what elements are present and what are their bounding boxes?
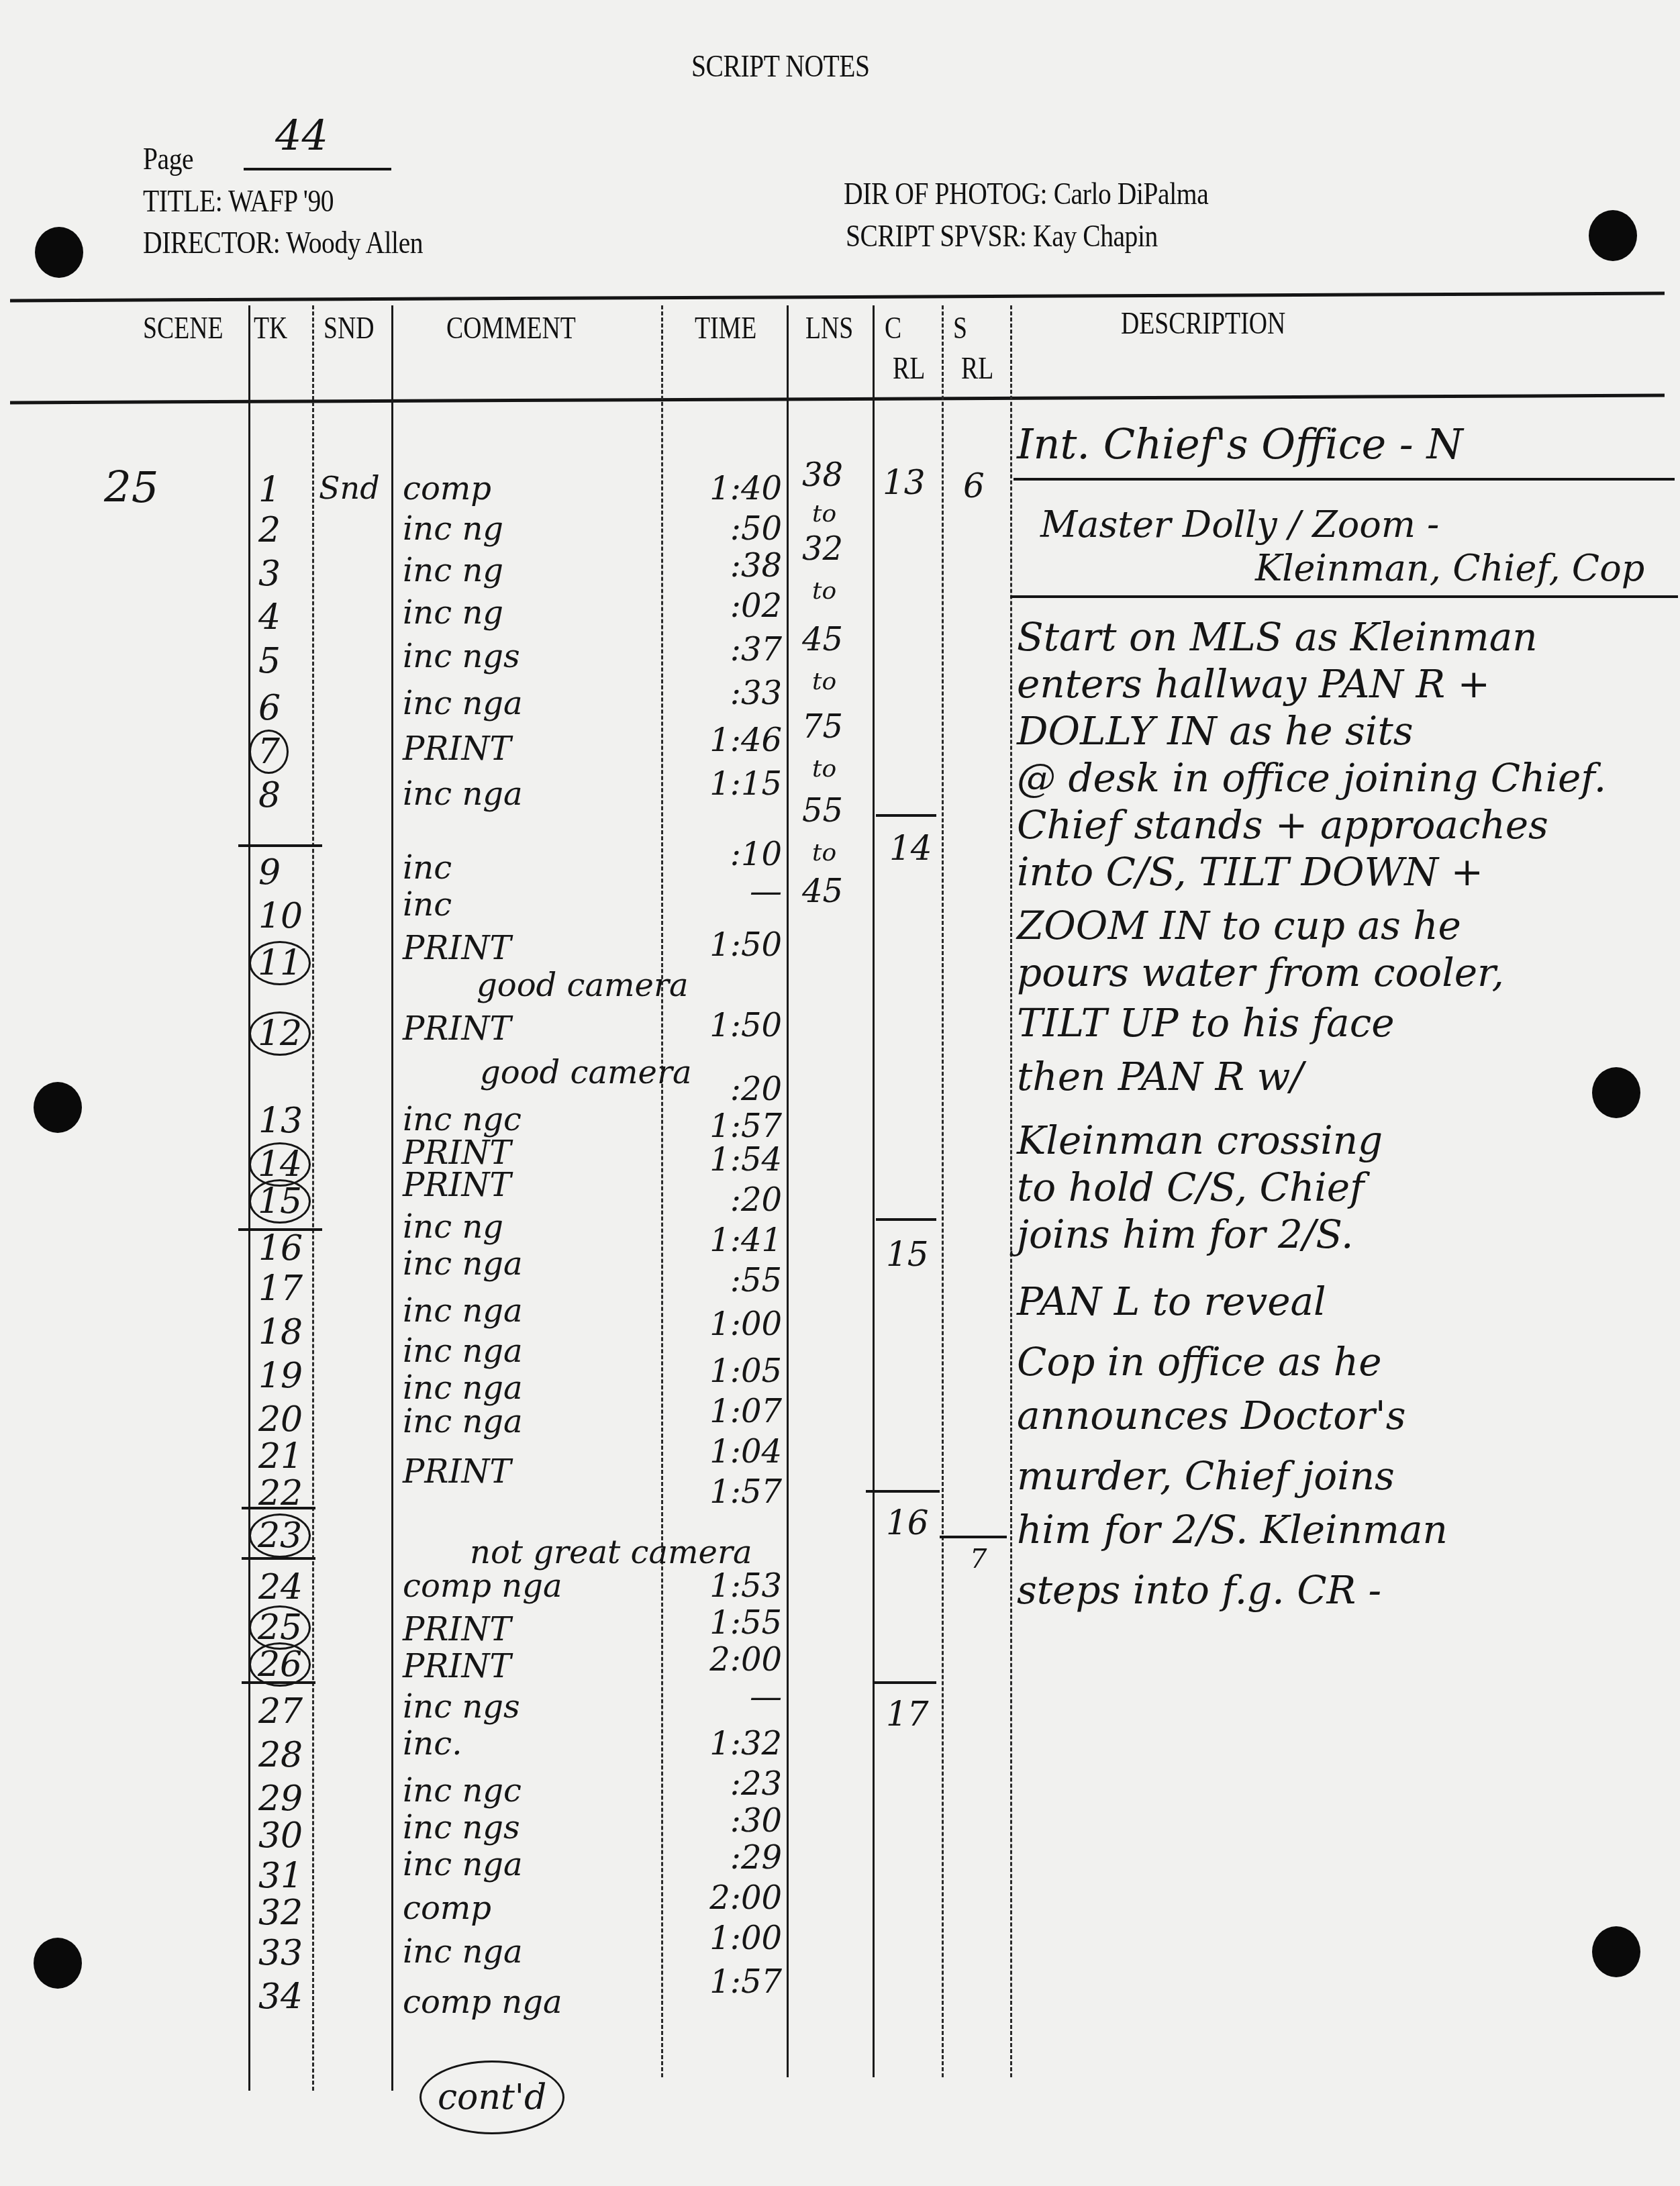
take-number: 28	[258, 1735, 312, 1775]
camera-roll: 15	[886, 1235, 929, 1274]
take-time: 2:00	[664, 1879, 782, 1917]
take-comment: inc nga	[403, 1292, 523, 1330]
take-time: :02	[664, 587, 782, 625]
camera-roll: 14	[889, 829, 932, 868]
take-comment: inc ng	[403, 594, 503, 632]
take-comment: inc.	[403, 1725, 462, 1762]
sound-mark: Snd	[319, 470, 380, 506]
col-c: C	[885, 310, 901, 346]
take-group-separator	[238, 1228, 322, 1231]
description-line: into C/S, TILT DOWN +	[1017, 849, 1483, 895]
take-note: good camera	[477, 966, 689, 1004]
take-comment: PRINT	[403, 1648, 511, 1685]
take-comment: inc ngs	[403, 638, 520, 675]
divider-lns-c	[873, 305, 875, 2077]
take-number-circled: 25	[258, 1607, 312, 1648]
take-number: 16	[258, 1228, 312, 1269]
take-time: 1:07	[664, 1393, 782, 1430]
lines-value: to	[812, 577, 836, 605]
take-time: 1:00	[664, 1305, 782, 1343]
divider-comment-time	[661, 305, 663, 2077]
divider-snd-comment	[391, 305, 393, 2091]
take-number: 20	[258, 1399, 312, 1440]
scene-slug: Int. Chief's Office - N	[1017, 419, 1463, 468]
sound-roll-separator	[940, 1536, 1007, 1538]
dop-field: DIR OF PHOTOG: Carlo DiPalma	[844, 176, 1208, 211]
take-number: 34	[258, 1977, 312, 2017]
take-number: 33	[258, 1933, 312, 1973]
page-label: Page	[143, 141, 193, 177]
take-time: :30	[664, 1802, 782, 1840]
take-time: 1:05	[664, 1352, 782, 1390]
setup-line-2: Kleinman, Chief, Cop	[1255, 547, 1644, 589]
take-time: 1:50	[664, 1007, 782, 1044]
header-top-rule	[10, 292, 1665, 303]
take-time: 1:41	[664, 1222, 782, 1259]
take-comment: inc nga	[403, 1403, 523, 1440]
take-time: :29	[664, 1839, 782, 1877]
take-comment: inc nga	[403, 1846, 523, 1883]
take-note: good camera	[480, 1054, 692, 1091]
director-value: Woody Allen	[286, 226, 423, 260]
take-time: 1:40	[664, 470, 782, 507]
lines-value: to	[812, 755, 836, 783]
take-note: not great camera	[470, 1534, 752, 1571]
hole-punch-top-right	[1589, 210, 1637, 261]
lines-value: to	[812, 839, 836, 866]
take-comment: PRINT	[403, 1611, 511, 1648]
take-number: 4	[258, 597, 312, 638]
description-line: him for 2/S. Kleinman	[1017, 1507, 1448, 1552]
camera-roll: 17	[886, 1695, 929, 1734]
description-line: announces Doctor's	[1017, 1393, 1406, 1438]
take-time: 1:57	[664, 1963, 782, 2001]
setup-underline	[1010, 595, 1678, 598]
take-time: 1:54	[664, 1141, 782, 1179]
take-number: 9	[258, 852, 312, 893]
description-line: Cop in office as he	[1017, 1339, 1381, 1385]
camera-roll-separator	[876, 814, 936, 817]
take-number: 8	[258, 775, 312, 815]
hole-punch-mid-right	[1592, 1067, 1640, 1118]
take-number: 1	[258, 470, 312, 510]
take-number: 24	[258, 1567, 312, 1607]
take-number: 6	[258, 688, 312, 728]
sound-roll: 6	[963, 466, 985, 505]
take-number: 13	[258, 1101, 312, 1141]
lines-value: 45	[802, 621, 843, 658]
description-line: ZOOM IN to cup as he	[1017, 903, 1461, 948]
take-time: 1:50	[664, 926, 782, 964]
scene-number: 25	[104, 463, 158, 513]
take-comment: inc ng	[403, 510, 503, 548]
take-time: :20	[664, 1181, 782, 1219]
hole-punch-bottom-left	[34, 1938, 82, 1989]
director-label: DIRECTOR:	[143, 226, 280, 260]
take-number: 27	[258, 1691, 312, 1732]
hole-punch-bottom-right	[1592, 1926, 1640, 1977]
take-time: —	[664, 1678, 782, 1716]
take-comment: inc ng	[403, 552, 503, 589]
description-line: Kleinman crossing	[1017, 1117, 1383, 1163]
take-number: 18	[258, 1312, 312, 1352]
take-number-circled: 26	[258, 1644, 312, 1685]
take-time: :23	[664, 1765, 782, 1803]
take-comment: inc	[403, 849, 452, 887]
divider-s-desc	[1010, 305, 1012, 2077]
description-line: PAN L to reveal	[1017, 1279, 1326, 1324]
take-time: :10	[664, 836, 782, 873]
supervisor-value: Kay Chapin	[1033, 219, 1158, 253]
camera-roll-separator	[876, 1218, 936, 1221]
col-scene: SCENE	[143, 310, 223, 346]
lines-value: to	[812, 500, 836, 528]
take-comment: inc nga	[403, 1369, 523, 1407]
take-comment: comp nga	[403, 1983, 562, 2021]
take-number-circled: 11	[258, 943, 312, 983]
description-line: then PAN R w/	[1017, 1054, 1303, 1099]
divider-time-lns	[787, 305, 789, 2077]
director-field: DIRECTOR: Woody Allen	[143, 225, 423, 260]
take-number-circled: 23	[258, 1516, 312, 1556]
take-comment: comp	[403, 470, 491, 507]
take-group-separator	[242, 1557, 315, 1560]
take-number: 31	[258, 1856, 312, 1896]
camera-roll-separator	[873, 1681, 936, 1684]
supervisor-field: SCRIPT SPVSR: Kay Chapin	[846, 218, 1158, 254]
take-number-circled: 7	[258, 732, 312, 772]
slug-underline	[1014, 478, 1675, 481]
lines-value: to	[812, 668, 836, 695]
camera-roll: 13	[883, 463, 926, 502]
take-group-separator	[242, 1681, 315, 1684]
take-comment: inc nga	[403, 1933, 523, 1971]
lines-value: 38	[802, 456, 843, 494]
col-comment: COMMENT	[446, 310, 576, 346]
take-comment: inc ngc	[403, 1772, 522, 1809]
take-comment: comp	[403, 1889, 491, 1927]
lines-value: 55	[802, 792, 843, 830]
take-time: 1:53	[664, 1567, 782, 1605]
title-field: TITLE: WAFP '90	[143, 183, 334, 219]
take-comment: PRINT	[403, 730, 511, 768]
camera-roll: 16	[886, 1503, 929, 1542]
description-line: enters hallway PAN R +	[1017, 661, 1490, 707]
col-s-rl: RL	[961, 350, 993, 386]
take-comment: inc ngc	[403, 1101, 522, 1138]
page-number: 44	[275, 111, 328, 160]
take-time: :33	[664, 675, 782, 712]
take-group-separator	[238, 844, 322, 847]
description-line: joins him for 2/S.	[1017, 1211, 1353, 1257]
take-number: 5	[258, 641, 312, 681]
take-number-circled: 14	[258, 1144, 312, 1185]
take-comment: inc nga	[403, 775, 523, 813]
take-time: 1:00	[664, 1920, 782, 1957]
divider-c-s	[942, 305, 944, 2077]
take-time: —	[664, 873, 782, 910]
take-number: 29	[258, 1779, 312, 1819]
col-s: S	[953, 310, 967, 346]
take-comment: inc nga	[403, 685, 523, 722]
supervisor-label: SCRIPT SPVSR:	[846, 219, 1027, 253]
form-title: SCRIPT NOTES	[691, 48, 870, 84]
take-comment: inc ng	[403, 1208, 503, 1246]
take-number: 10	[258, 896, 312, 936]
take-time: :55	[664, 1262, 782, 1299]
description-line: @ desk in office joining Chief.	[1017, 755, 1606, 801]
take-number: 30	[258, 1816, 312, 1856]
take-time: 1:32	[664, 1725, 782, 1762]
col-lns: LNS	[805, 310, 853, 346]
hole-punch-mid-left	[34, 1082, 82, 1133]
header-bottom-rule	[10, 394, 1665, 405]
col-time: TIME	[695, 310, 756, 346]
take-comment: PRINT	[403, 930, 511, 967]
take-time: 1:15	[664, 765, 782, 803]
take-time: :20	[664, 1071, 782, 1108]
take-comment: inc nga	[403, 1332, 523, 1370]
take-number: 3	[258, 554, 312, 594]
description-line: murder, Chief joins	[1017, 1453, 1395, 1499]
take-time: 2:00	[664, 1641, 782, 1679]
divider-tk-snd	[312, 305, 314, 2091]
take-comment: inc	[403, 886, 452, 924]
take-comment: inc ngs	[403, 1809, 520, 1846]
take-time: 1:46	[664, 722, 782, 759]
take-comment: PRINT	[403, 1010, 511, 1048]
sound-roll: 7	[970, 1544, 987, 1575]
dop-label: DIR OF PHOTOG:	[844, 177, 1047, 211]
setup-line-1: Master Dolly / Zoom -	[1040, 503, 1439, 546]
take-comment: inc ngs	[403, 1688, 520, 1726]
take-time: :38	[664, 547, 782, 585]
take-number: 17	[258, 1269, 312, 1309]
lines-value: 75	[802, 708, 843, 746]
take-time: 1:04	[664, 1433, 782, 1471]
camera-roll-separator	[866, 1490, 940, 1493]
col-description: DESCRIPTION	[1121, 305, 1285, 341]
take-number: 21	[258, 1436, 312, 1477]
description-line: DOLLY IN as he sits	[1017, 708, 1413, 754]
description-line: Start on MLS as Kleinman	[1017, 614, 1538, 660]
col-c-rl: RL	[893, 350, 925, 386]
description-line: pours water from cooler,	[1017, 950, 1504, 995]
take-number-circled: 15	[258, 1181, 312, 1222]
take-time: :37	[664, 631, 782, 668]
take-comment: inc nga	[403, 1245, 523, 1283]
take-number: 19	[258, 1356, 312, 1396]
take-number: 2	[258, 510, 312, 550]
page-number-line	[244, 168, 391, 170]
take-group-separator	[242, 1507, 315, 1509]
take-time: 1:57	[664, 1107, 782, 1145]
description-line: TILT UP to his face	[1017, 1000, 1394, 1046]
take-number: 32	[258, 1893, 312, 1933]
take-comment: PRINT	[403, 1166, 511, 1204]
lines-value: 45	[802, 873, 843, 910]
hole-punch-top-left	[35, 227, 83, 278]
description-line: steps into f.g. CR -	[1017, 1567, 1381, 1613]
take-time: 1:57	[664, 1473, 782, 1511]
take-time: 1:55	[664, 1604, 782, 1642]
take-comment: PRINT	[403, 1453, 511, 1491]
col-tk: TK	[254, 310, 287, 346]
description-line: to hold C/S, Chief	[1017, 1164, 1365, 1210]
take-time: :50	[664, 510, 782, 548]
description-line: Chief stands + approaches	[1017, 802, 1548, 848]
take-comment: comp nga	[403, 1567, 562, 1605]
title-label: TITLE:	[143, 184, 222, 218]
dop-value: Carlo DiPalma	[1054, 177, 1209, 211]
lines-value: 32	[802, 530, 843, 568]
take-number-circled: 12	[258, 1013, 312, 1054]
title-value: WAFP '90	[228, 184, 334, 218]
continued-note: cont'd	[419, 2060, 564, 2134]
col-snd: SND	[324, 310, 374, 346]
